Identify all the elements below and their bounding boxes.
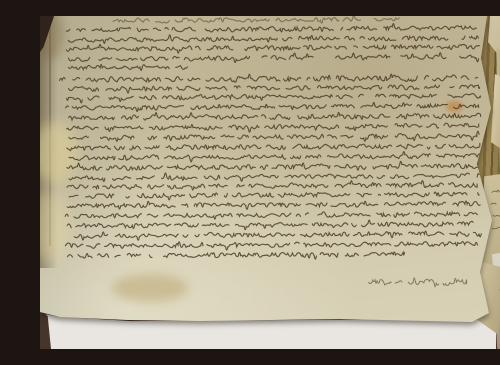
- handwriting-line: [67, 161, 479, 172]
- handwriting-line: [67, 143, 480, 151]
- handwriting-line: [68, 33, 478, 43]
- letter-page: [40, 16, 496, 328]
- handwriting-line: [66, 102, 479, 112]
- handwriting-line: [67, 220, 473, 231]
- handwriting-line: [67, 93, 481, 103]
- handwriting-line: [69, 151, 481, 162]
- handwriting-line: [59, 73, 477, 83]
- handwriting-line: [69, 131, 479, 143]
- page-spot-orange: [446, 101, 463, 112]
- manuscript-photo: Photograph of a one-page handwritten let…: [40, 16, 500, 349]
- handwriting-line: [69, 171, 479, 182]
- handwriting-svg: [40, 16, 497, 329]
- handwriting-line: [66, 42, 479, 53]
- handwriting-line: [68, 64, 187, 71]
- handwriting-line: [74, 230, 481, 241]
- handwriting-line: [67, 180, 477, 191]
- page-stain-left-mid: [40, 122, 78, 184]
- handwriting-line: [69, 85, 480, 94]
- page-stain-bottom: [112, 274, 188, 302]
- handwriting-line: [65, 240, 477, 251]
- handwriting-line: [67, 123, 479, 133]
- handwriting-line: [67, 252, 404, 261]
- page-stain-left-low: [40, 190, 70, 262]
- signature-stroke: [369, 278, 467, 288]
- handwriting-line: [113, 16, 399, 24]
- handwriting-line: [69, 111, 481, 121]
- handwriting-line: [68, 52, 478, 64]
- handwriting-line: [69, 192, 479, 201]
- handwriting-line: [65, 211, 477, 220]
- letter-page-wrap: [40, 16, 496, 328]
- handwriting-line: [66, 23, 476, 33]
- handwriting-line: [67, 200, 480, 211]
